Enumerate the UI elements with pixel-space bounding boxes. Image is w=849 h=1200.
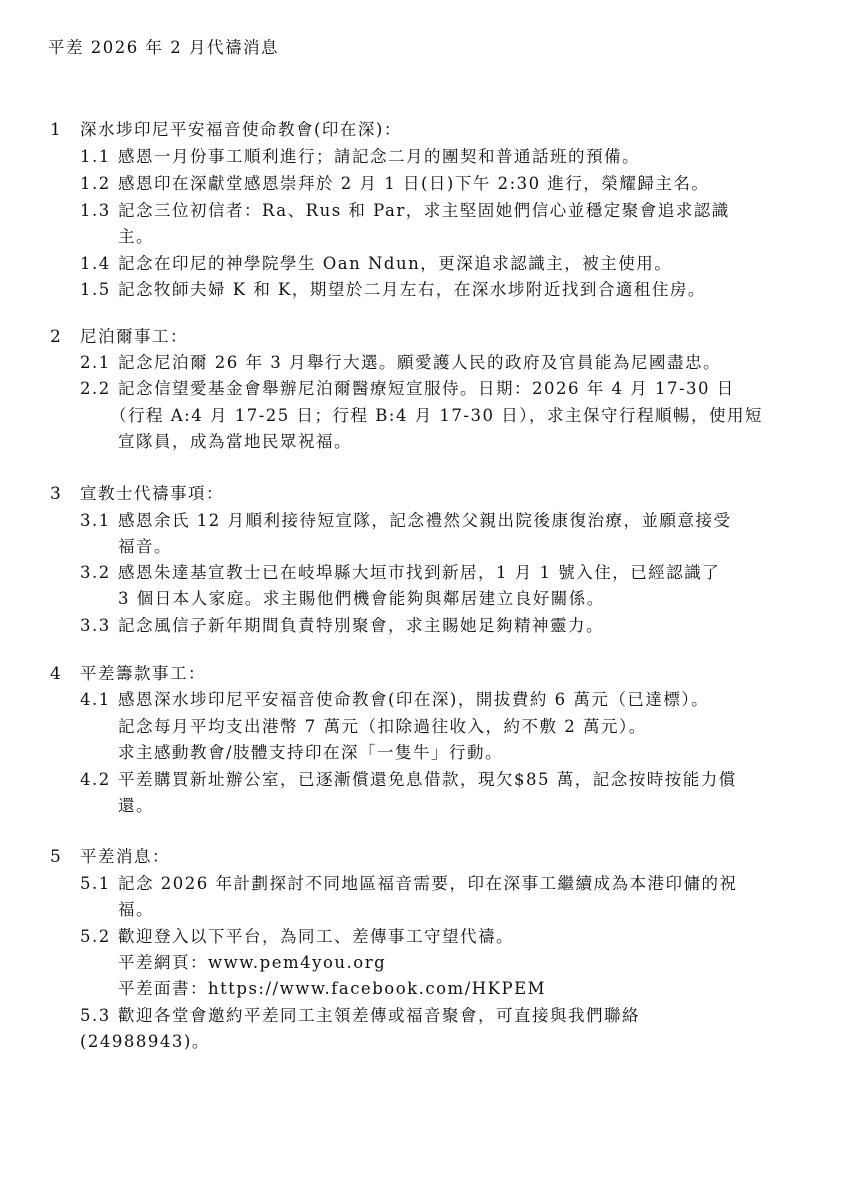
item-text: 記念尼泊爾 26 年 3 月舉行大選。願愛護人民的政府及官員能為尼國盡忠。: [118, 352, 721, 374]
item-number: 2.1: [80, 352, 111, 374]
item-text-continued: 福。: [118, 899, 154, 921]
item-number: 4.2: [80, 769, 111, 791]
section-heading: 深水埗印尼平安福音使命教會(印在深)：: [80, 119, 402, 141]
item-text-continued: 記念每月平均支出港幣 7 萬元（扣除過往收入，約不敷 2 萬元）。: [118, 716, 647, 738]
item-number: 1.5: [80, 279, 111, 301]
section-number: 2: [50, 326, 61, 348]
item-number: 3.1: [80, 510, 111, 532]
item-text: 記念牧師夫婦 K 和 K，期望於二月左右，在深水埗附近找到合適租住房。: [118, 279, 706, 301]
contact-phone: (24988943)。: [80, 1031, 210, 1053]
item-text: 感恩一月份事工順利進行；請記念二月的團契和普通話班的預備。: [118, 146, 640, 168]
item-number: 1.3: [80, 200, 111, 222]
item-text-continued: 求主感動教會/肢體支持印在深「一隻牛」行動。: [118, 742, 503, 764]
item-number: 5.1: [80, 873, 111, 895]
item-text-continued: 還。: [118, 795, 154, 817]
section-heading: 平差籌款事工：: [80, 663, 206, 685]
item-number: 1.2: [80, 173, 111, 195]
section-heading: 宣教士代禱事項：: [80, 483, 224, 505]
item-text: 感恩深水埗印尼平安福音使命教會(印在深)，開拔費約 6 萬元（已達標）。: [118, 689, 709, 711]
item-number: 5.2: [80, 926, 111, 948]
website-link[interactable]: 平差網頁：www.pem4you.org: [118, 952, 386, 974]
item-text: 平差購買新址辦公室，已逐漸償還免息借款，現欠$85 萬，記念按時按能力償: [118, 769, 737, 791]
item-text: 記念風信子新年期間負責特別聚會，求主賜她足夠精神靈力。: [118, 615, 604, 637]
item-number: 5.3: [80, 1005, 111, 1027]
item-number: 3.3: [80, 615, 111, 637]
document-title: 平差 2026 年 2 月代禱消息: [48, 37, 279, 59]
item-text-continued: （行程 A:4 月 17-25 日；行程 B:4 月 17-30 日），求主保守…: [110, 405, 763, 427]
section-heading: 尼泊爾事工：: [80, 326, 188, 348]
item-text: 歡迎各堂會邀約平差同工主領差傳或福音聚會，可直接與我們聯絡: [118, 1005, 640, 1027]
item-text: 感恩余氏 12 月順利接待短宣隊，記念禮然父親出院後康復治療，並願意接受: [118, 510, 732, 532]
item-number: 1.1: [80, 146, 111, 168]
item-number: 3.2: [80, 562, 111, 584]
item-text-continued: 宣隊員，成為當地民眾祝福。: [118, 431, 352, 453]
item-text: 感恩印在深獻堂感恩崇拜於 2 月 1 日(日)下午 2:30 進行，榮耀歸主名。: [118, 173, 709, 195]
item-text-continued: 主。: [118, 226, 154, 248]
item-text: 感恩朱達基宣教士已在岐埠縣大垣市找到新居，1 月 1 號入住，已經認識了: [118, 562, 720, 584]
item-text: 記念在印尼的神學院學生 Oan Ndun，更深追求認識主，被主使用。: [118, 253, 672, 275]
facebook-link[interactable]: 平差面書：https://www.facebook.com/HKPEM: [118, 978, 546, 1000]
item-text: 記念三位初信者：Ra、Rus 和 Par，求主堅固她們信心並穩定聚會追求認識: [118, 200, 730, 222]
section-number: 1: [50, 119, 61, 141]
item-text-continued: 福音。: [118, 536, 172, 558]
item-number: 4.1: [80, 689, 111, 711]
item-text: 記念 2026 年計劃探討不同地區福音需要，印在深事工繼續成為本港印傭的祝: [118, 873, 737, 895]
item-number: 1.4: [80, 253, 111, 275]
section-heading: 平差消息：: [80, 846, 170, 868]
item-text: 記念信望愛基金會舉辦尼泊爾醫療短宣服侍。日期：2026 年 4 月 17-30 …: [118, 378, 735, 400]
section-number: 5: [50, 846, 61, 868]
item-text: 歡迎登入以下平台，為同工、差傳事工守望代禱。: [118, 926, 514, 948]
section-number: 3: [50, 483, 61, 505]
item-text-continued: 3 個日本人家庭。求主賜他們機會能夠與鄰居建立良好關係。: [118, 588, 605, 610]
section-number: 4: [50, 663, 61, 685]
item-number: 2.2: [80, 378, 111, 400]
